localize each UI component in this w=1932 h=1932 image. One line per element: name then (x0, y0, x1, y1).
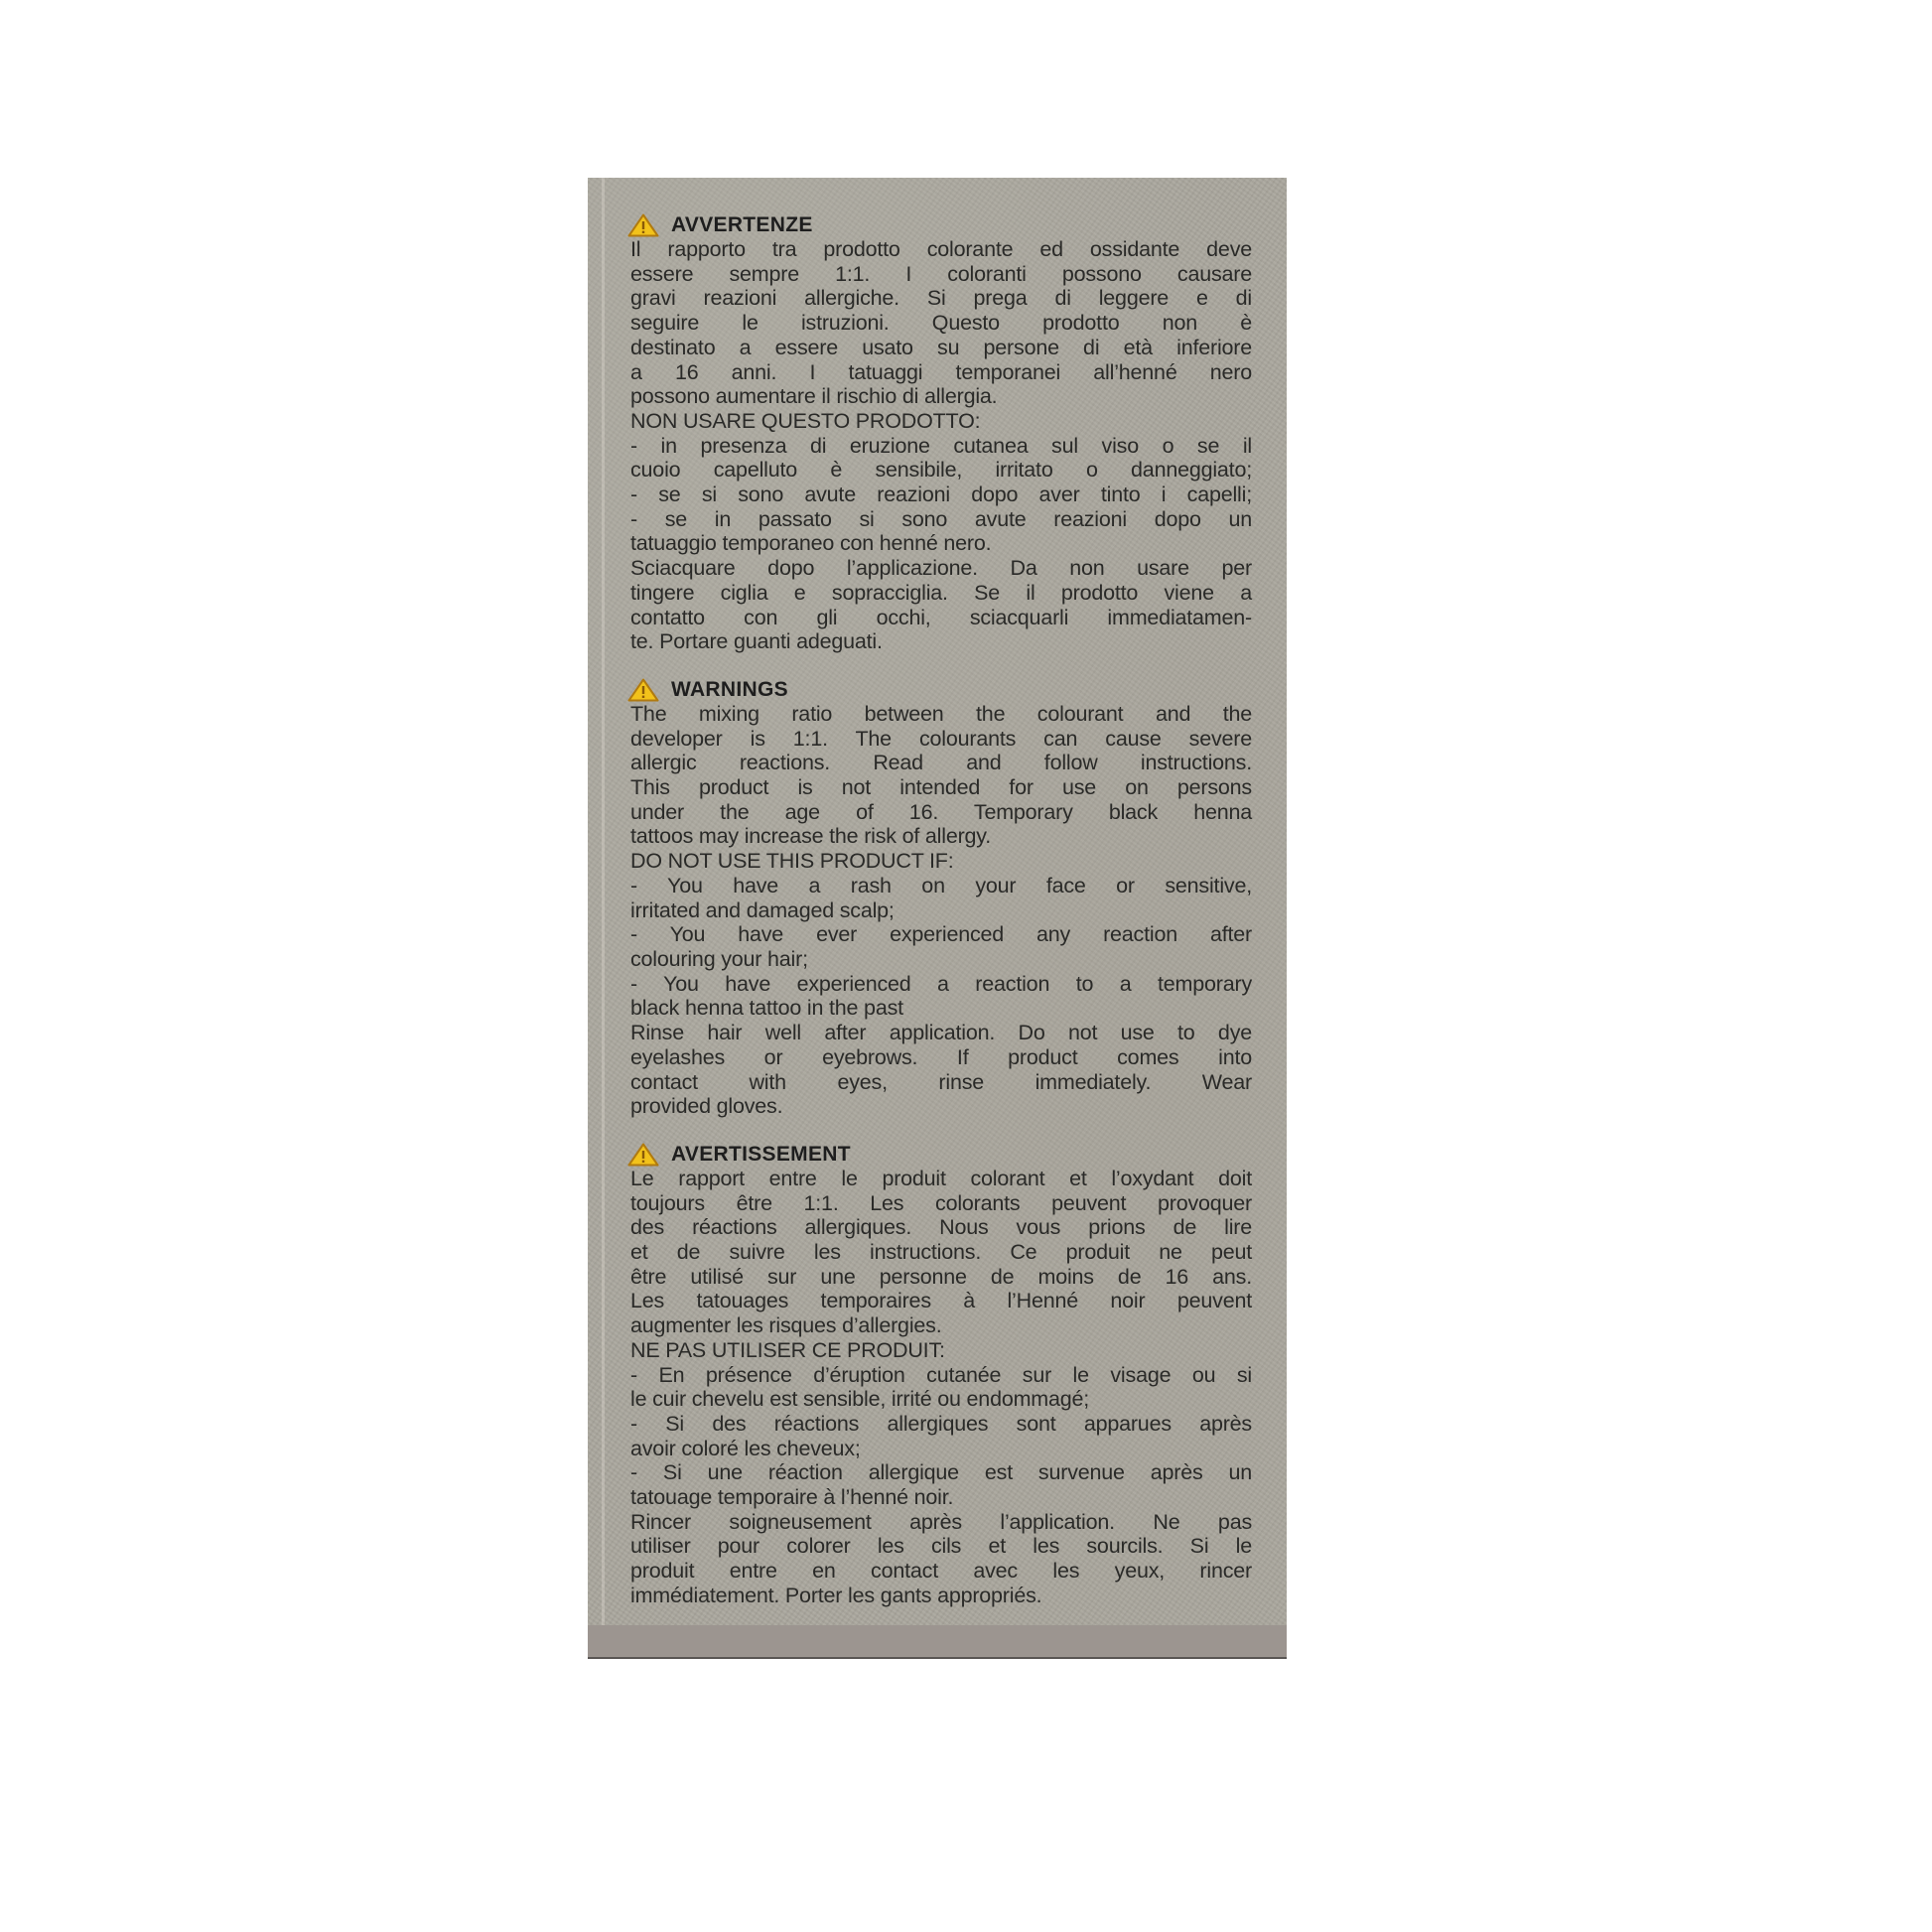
text-line: et de suivre les instructions. Ce produi… (630, 1240, 1252, 1265)
closing-paragraph: Rincer soigneusement après l’application… (630, 1510, 1252, 1608)
conditions-list: - in presenza di eruzione cutanea sul vi… (630, 434, 1252, 557)
text-line: Rincer soigneusement après l’application… (630, 1510, 1252, 1535)
text-line: Les tatouages temporaires à l’Henné noir… (630, 1289, 1252, 1313)
section-title: AVVERTENZE (671, 213, 813, 237)
text-line: - se si sono avute reazioni dopo aver ti… (630, 483, 1252, 507)
intro-paragraph: Il rapporto tra prodotto colorante ed os… (630, 237, 1252, 409)
product-warning-panel: AVVERTENZE Il rapporto tra prodotto colo… (588, 178, 1287, 1659)
section-heading: WARNINGS (627, 678, 1252, 702)
text-line: - Si une réaction allergique est survenu… (630, 1460, 1252, 1485)
text-line: tattoos may increase the risk of allergy… (630, 824, 1252, 849)
warnings-content: AVVERTENZE Il rapporto tra prodotto colo… (630, 213, 1252, 1632)
text-line: augmenter les risques d’allergies. (630, 1313, 1252, 1338)
text-line: immédiatement. Porter les gants appropri… (630, 1584, 1252, 1608)
intro-paragraph: Le rapport entre le produit colorant et … (630, 1167, 1252, 1338)
text-line: le cuir chevelu est sensible, irrité ou … (630, 1387, 1252, 1412)
text-line: - Si des réactions allergiques sont appa… (630, 1412, 1252, 1437)
text-line: destinato a essere usato su persone di e… (630, 336, 1252, 360)
text-line: - You have a rash on your face or sensit… (630, 874, 1252, 898)
intro-paragraph: The mixing ratio between the colourant a… (630, 702, 1252, 849)
text-line: a 16 anni. I tatuaggi temporanei all’hen… (630, 360, 1252, 385)
text-line: This product is not intended for use on … (630, 775, 1252, 800)
text-line: tatuaggio temporaneo con henné nero. (630, 531, 1252, 556)
conditions-list: - You have a rash on your face or sensit… (630, 874, 1252, 1021)
text-line: contatto con gli occhi, sciacquarli imme… (630, 606, 1252, 630)
text-line: allergic reactions. Read and follow inst… (630, 751, 1252, 775)
do-not-use-heading: NE PAS UTILISER CE PRODUIT: (630, 1338, 1252, 1363)
text-line: avoir coloré les cheveux; (630, 1437, 1252, 1461)
closing-paragraph: Rinse hair well after application. Do no… (630, 1021, 1252, 1119)
text-line: tatouage temporaire à l’henné noir. (630, 1485, 1252, 1510)
warning-section-italian: AVVERTENZE Il rapporto tra prodotto colo… (630, 213, 1252, 654)
text-line: gravi reazioni allergiche. Si prega di l… (630, 286, 1252, 311)
text-line: essere sempre 1:1. I coloranti possono c… (630, 262, 1252, 287)
conditions-list: - En présence d’éruption cutanée sur le … (630, 1363, 1252, 1510)
text-line: Rinse hair well after application. Do no… (630, 1021, 1252, 1045)
text-line: eyelashes or eyebrows. If product comes … (630, 1045, 1252, 1070)
text-line: possono aumentare il rischio di allergia… (630, 384, 1252, 409)
text-line: developer is 1:1. The colourants can cau… (630, 727, 1252, 752)
text-line: colouring your hair; (630, 947, 1252, 972)
section-title: AVERTISSEMENT (671, 1143, 851, 1167)
warning-triangle-icon (627, 1143, 659, 1167)
text-line: Il rapporto tra prodotto colorante ed os… (630, 237, 1252, 262)
text-line: toujours être 1:1. Les colorants peuvent… (630, 1191, 1252, 1216)
warning-section-french: AVERTISSEMENT Le rapport entre le produi… (630, 1143, 1252, 1608)
text-line: - You have ever experienced any reaction… (630, 922, 1252, 947)
text-line: - in presenza di eruzione cutanea sul vi… (630, 434, 1252, 459)
text-line: provided gloves. (630, 1094, 1252, 1119)
warning-triangle-icon (627, 213, 659, 237)
do-not-use-heading: DO NOT USE THIS PRODUCT IF: (630, 849, 1252, 874)
text-line: The mixing ratio between the colourant a… (630, 702, 1252, 727)
text-line: te. Portare guanti adeguati. (630, 629, 1252, 654)
section-heading: AVERTISSEMENT (627, 1143, 1252, 1167)
text-line: - se in passato si sono avute reazioni d… (630, 507, 1252, 532)
section-title: WARNINGS (671, 678, 788, 702)
text-line: être utilisé sur une personne de moins d… (630, 1265, 1252, 1290)
text-line: contact with eyes, rinse immediately. We… (630, 1070, 1252, 1095)
closing-paragraph: Sciacquare dopo l’applicazione. Da non u… (630, 556, 1252, 654)
text-line: - You have experienced a reaction to a t… (630, 972, 1252, 997)
text-line: irritated and damaged scalp; (630, 898, 1252, 923)
text-line: Le rapport entre le produit colorant et … (630, 1167, 1252, 1191)
text-line: under the age of 16. Temporary black hen… (630, 800, 1252, 825)
text-line: utiliser pour colorer les cils et les so… (630, 1534, 1252, 1559)
do-not-use-heading: NON USARE QUESTO PRODOTTO: (630, 409, 1252, 434)
text-line: tingere ciglia e sopracciglia. Se il pro… (630, 581, 1252, 606)
text-line: - En présence d’éruption cutanée sur le … (630, 1363, 1252, 1388)
warning-triangle-icon (627, 678, 659, 702)
section-heading: AVVERTENZE (627, 213, 1252, 237)
text-line: Sciacquare dopo l’applicazione. Da non u… (630, 556, 1252, 581)
warning-section-english: WARNINGS The mixing ratio between the co… (630, 678, 1252, 1119)
text-line: seguire le istruzioni. Questo prodotto n… (630, 311, 1252, 336)
text-line: des réactions allergiques. Nous vous pri… (630, 1215, 1252, 1240)
text-line: black henna tattoo in the past (630, 996, 1252, 1021)
text-line: cuoio capelluto è sensibile, irritato o … (630, 458, 1252, 483)
text-line: produit entre en contact avec les yeux, … (630, 1559, 1252, 1584)
